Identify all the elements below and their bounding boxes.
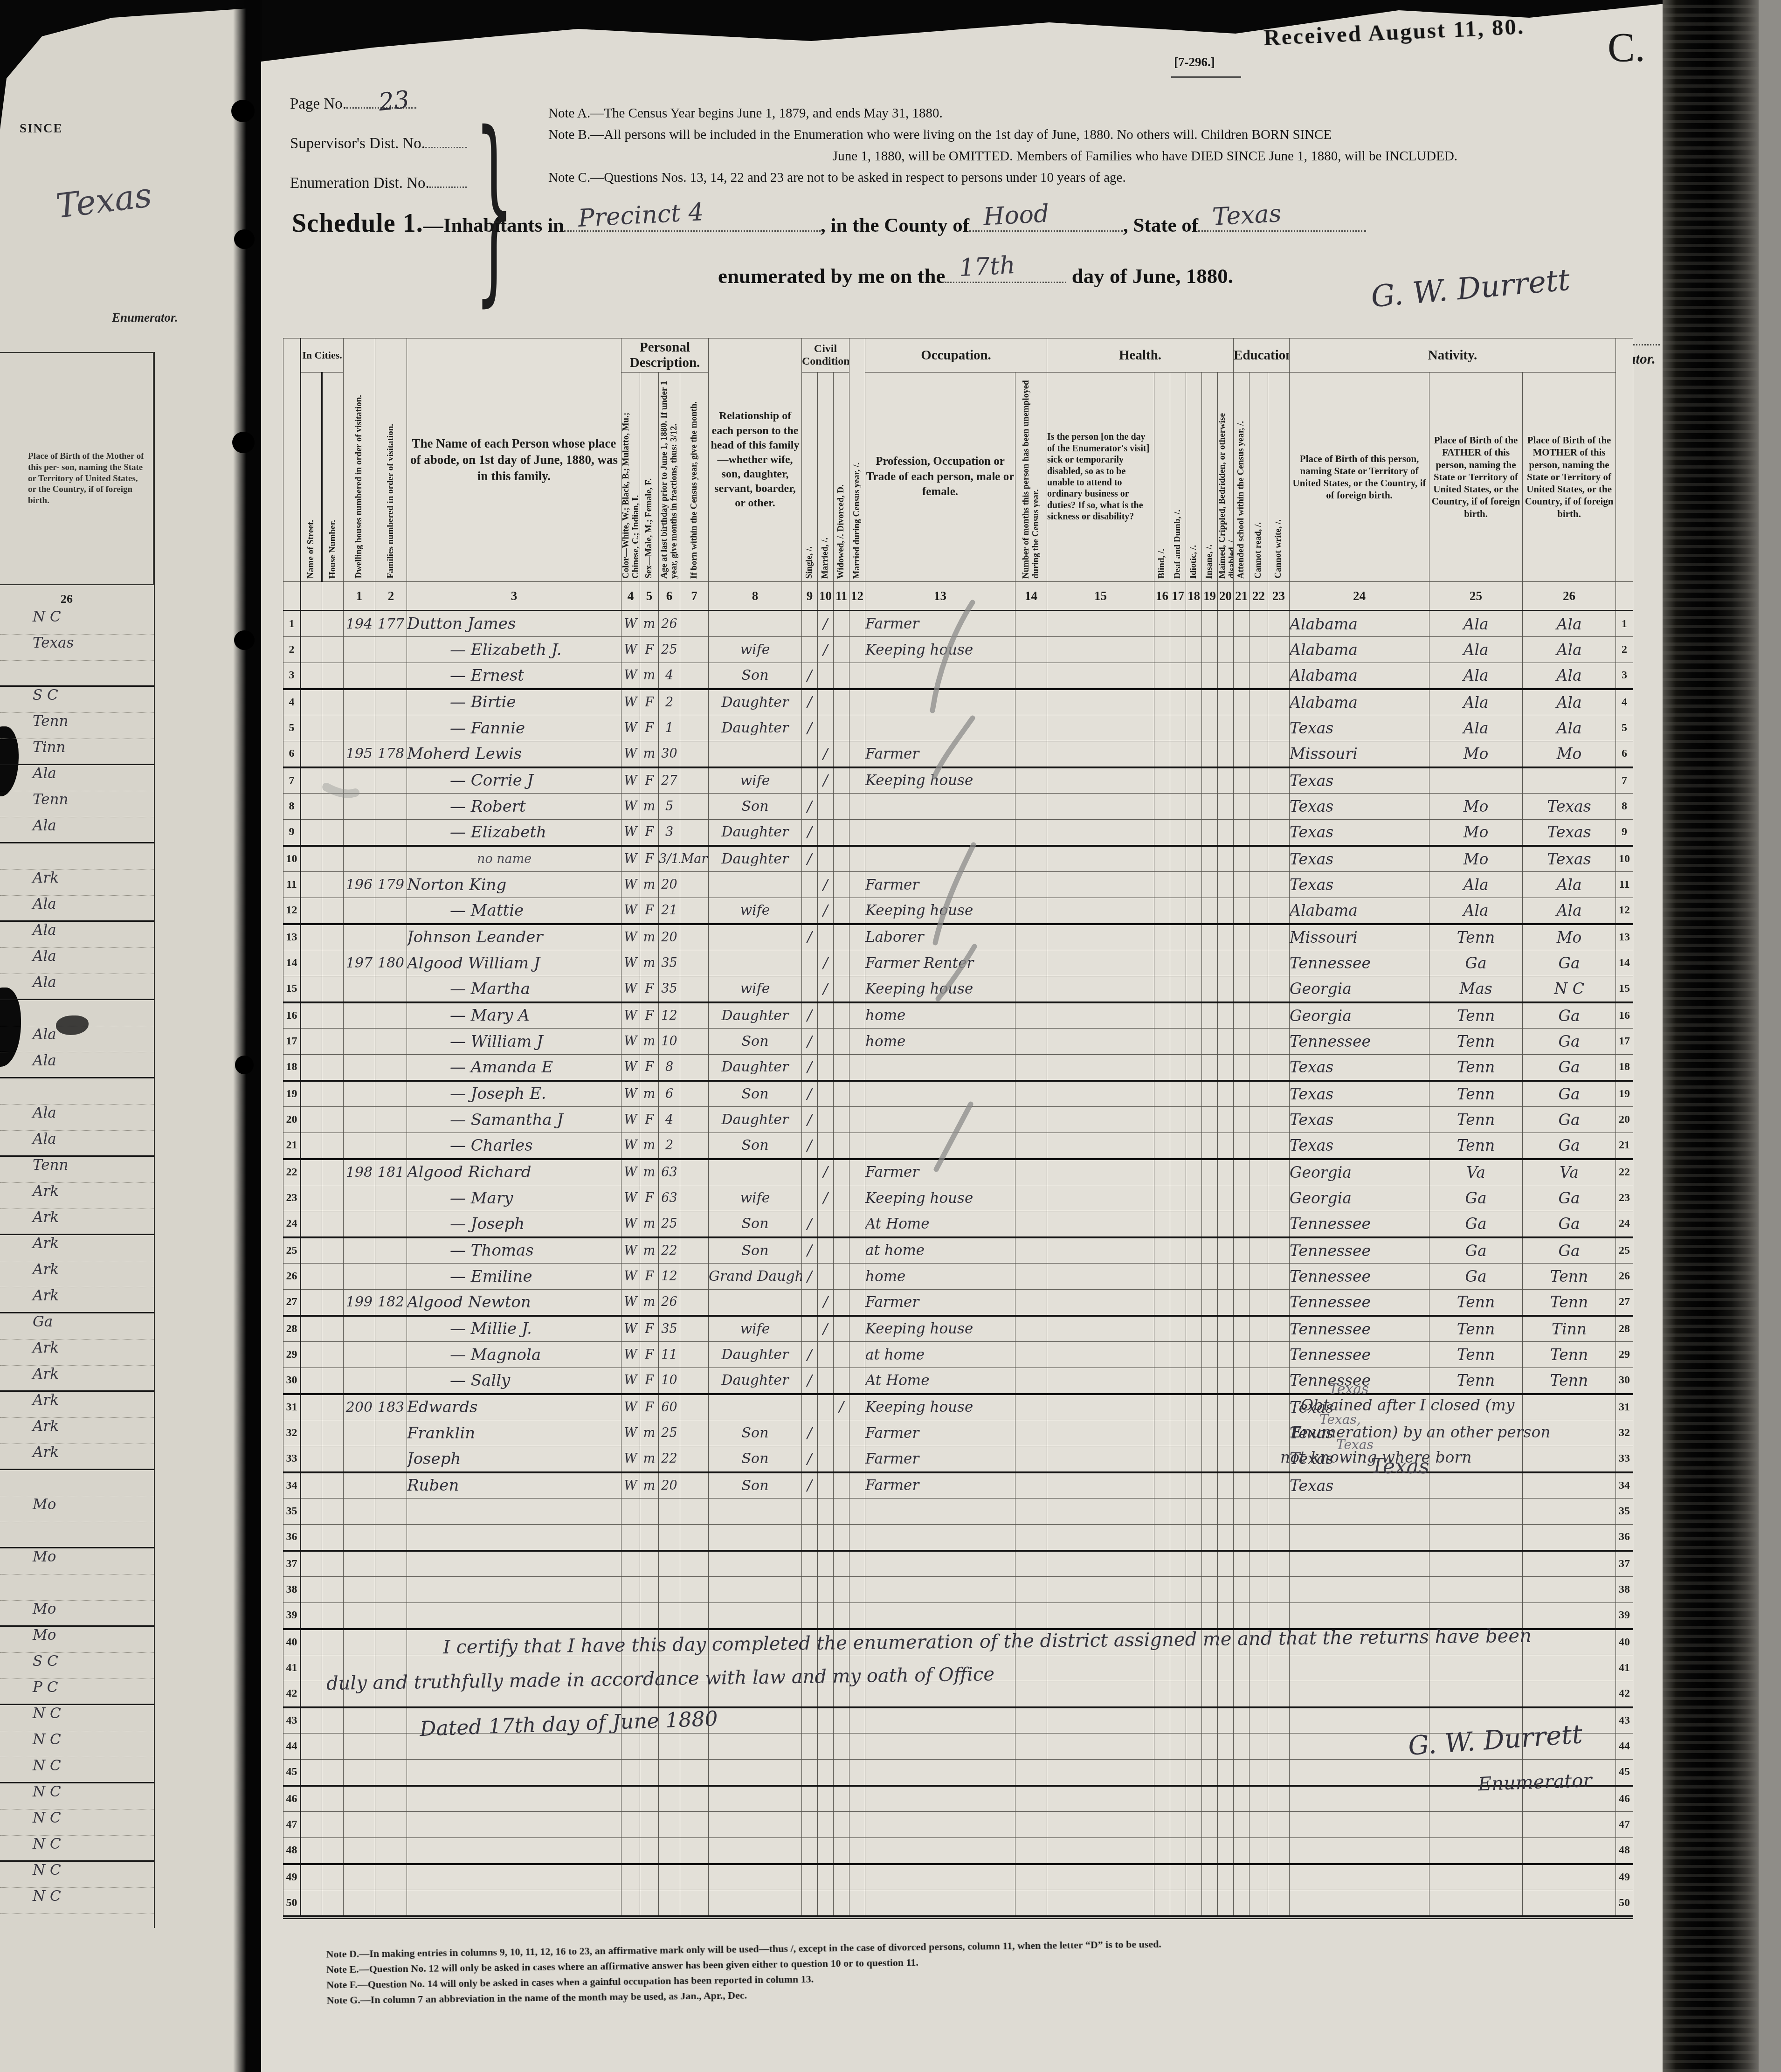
cell bbox=[865, 1055, 1015, 1081]
cell bbox=[818, 1577, 834, 1603]
cell bbox=[1047, 1603, 1154, 1629]
cell bbox=[802, 767, 818, 794]
group-civil-condition: Civil Condition. bbox=[802, 338, 849, 373]
cell bbox=[1186, 950, 1202, 976]
row-number: 5 bbox=[283, 715, 301, 741]
cell bbox=[1249, 1577, 1268, 1603]
cell bbox=[301, 1681, 322, 1707]
cell bbox=[1154, 1499, 1170, 1525]
cell bbox=[1202, 1446, 1218, 1472]
census-scan: SINCE Texas Enumerator. Place of Birth o… bbox=[0, 0, 1781, 2072]
cell bbox=[1047, 1237, 1154, 1264]
cell bbox=[659, 1551, 680, 1577]
cell bbox=[802, 898, 818, 924]
row-number: 37 bbox=[1616, 1551, 1633, 1577]
cell bbox=[621, 1786, 640, 1812]
row-number-header-right bbox=[1616, 338, 1633, 582]
col5-header: Sex—Male, M.; Female, F. bbox=[640, 373, 659, 582]
cell bbox=[375, 1002, 407, 1029]
cell: Mo bbox=[1429, 846, 1523, 872]
cell bbox=[1047, 1760, 1154, 1786]
cell bbox=[1154, 637, 1170, 663]
row-number: 29 bbox=[283, 1342, 301, 1368]
cell: Algood William J bbox=[407, 950, 621, 976]
cell: 8 bbox=[659, 1055, 680, 1081]
cell bbox=[1268, 767, 1290, 794]
cell bbox=[1170, 898, 1186, 924]
cell bbox=[709, 1525, 802, 1551]
cell bbox=[1047, 1264, 1154, 1290]
table-row: 25— ThomasWm22Son/at homeTennesseeGaGa25 bbox=[283, 1237, 1633, 1264]
county-label: , in the County of bbox=[821, 214, 969, 236]
cell bbox=[344, 1577, 375, 1603]
cell: Tenn bbox=[1429, 1316, 1523, 1342]
prev-page-value: S C bbox=[0, 687, 154, 713]
cell: / bbox=[802, 1472, 818, 1499]
cell bbox=[1523, 1655, 1616, 1681]
cell bbox=[1202, 1394, 1218, 1420]
cell bbox=[849, 1838, 865, 1864]
cell bbox=[680, 637, 709, 663]
cell: Alabama bbox=[1290, 663, 1429, 689]
cell bbox=[344, 1551, 375, 1577]
cell bbox=[849, 846, 865, 872]
cell bbox=[1202, 846, 1218, 872]
prev-page-value: N C bbox=[0, 1810, 154, 1836]
cell bbox=[834, 1472, 849, 1499]
column-number: 4 bbox=[621, 582, 640, 611]
cell: Texas bbox=[1290, 1055, 1429, 1081]
col6-header: Age at last birthday prior to June 1, 18… bbox=[659, 373, 680, 582]
cell bbox=[1290, 1525, 1429, 1551]
cell bbox=[802, 1864, 818, 1890]
cell bbox=[849, 1290, 865, 1316]
cell bbox=[344, 1264, 375, 1290]
cell bbox=[621, 1551, 640, 1577]
page-no-label: Page No. bbox=[290, 96, 346, 112]
cell bbox=[1047, 767, 1154, 794]
cell bbox=[1170, 1211, 1186, 1237]
cell: Tennessee bbox=[1290, 1211, 1429, 1237]
cell bbox=[1249, 898, 1268, 924]
cell: wife bbox=[709, 767, 802, 794]
cell: / bbox=[818, 1290, 834, 1316]
cell bbox=[375, 1577, 407, 1603]
cell: Texas bbox=[1290, 1107, 1429, 1133]
cell bbox=[1249, 1499, 1268, 1525]
cell bbox=[1429, 1838, 1523, 1864]
row-number: 18 bbox=[283, 1055, 301, 1081]
cell bbox=[1202, 1055, 1218, 1081]
cell bbox=[849, 976, 865, 1002]
cell bbox=[1202, 1107, 1218, 1133]
cell bbox=[1202, 1707, 1218, 1734]
cell bbox=[849, 1707, 865, 1734]
cell bbox=[640, 1812, 659, 1838]
cell bbox=[344, 1629, 375, 1655]
cell bbox=[709, 950, 802, 976]
cell bbox=[375, 1342, 407, 1368]
cell bbox=[1234, 1760, 1249, 1786]
cell bbox=[1234, 924, 1249, 950]
col7-header: If born within the Census year, give the… bbox=[680, 373, 709, 582]
cell: wife bbox=[709, 976, 802, 1002]
prev-page-value: Ark bbox=[0, 1287, 154, 1313]
cell: at home bbox=[865, 1342, 1015, 1368]
col3-header: The Name of each Person whose place of a… bbox=[407, 338, 621, 582]
form-number: [7-296.] bbox=[1174, 55, 1215, 69]
cell bbox=[322, 767, 344, 794]
cell bbox=[1268, 1812, 1290, 1838]
cell bbox=[1202, 1655, 1218, 1681]
cell bbox=[834, 1890, 849, 1916]
table-row: 34RubenWm20Son/FarmerTexas34 bbox=[283, 1472, 1633, 1499]
cell bbox=[1202, 1237, 1218, 1264]
cell bbox=[344, 1603, 375, 1629]
cell bbox=[849, 950, 865, 976]
cell bbox=[1015, 689, 1047, 715]
column-number: 9 bbox=[802, 582, 818, 611]
cell: Georgia bbox=[1290, 1185, 1429, 1211]
cell bbox=[818, 1107, 834, 1133]
cell: 11 bbox=[659, 1342, 680, 1368]
cell: / bbox=[818, 898, 834, 924]
cell bbox=[680, 611, 709, 637]
cell: W bbox=[621, 1368, 640, 1394]
cell: F bbox=[640, 976, 659, 1002]
cell: m bbox=[640, 1420, 659, 1446]
cell bbox=[680, 1499, 709, 1525]
cell bbox=[1015, 1159, 1047, 1185]
cell bbox=[849, 924, 865, 950]
cell: 2 bbox=[659, 689, 680, 715]
table-row: 14197180Algood William JWm35/Farmer Rent… bbox=[283, 950, 1633, 976]
cell bbox=[709, 872, 802, 898]
cell bbox=[1268, 1420, 1290, 1446]
cell bbox=[1186, 1237, 1202, 1264]
cell bbox=[834, 637, 849, 663]
cell bbox=[1234, 1707, 1249, 1734]
cell bbox=[709, 1812, 802, 1838]
cell bbox=[834, 1812, 849, 1838]
cell: Farmer bbox=[865, 1472, 1015, 1499]
column-number: 1 bbox=[344, 582, 375, 611]
cell bbox=[659, 1525, 680, 1551]
cell bbox=[1186, 1081, 1202, 1107]
cell bbox=[1234, 794, 1249, 820]
cell: — Martha bbox=[407, 976, 621, 1002]
cell bbox=[1268, 1264, 1290, 1290]
col13-header: Profession, Occupation or Trade of each … bbox=[865, 373, 1015, 582]
cell: / bbox=[802, 846, 818, 872]
cell bbox=[1202, 898, 1218, 924]
cell bbox=[1202, 794, 1218, 820]
cell bbox=[865, 1551, 1015, 1577]
cell: m bbox=[640, 1211, 659, 1237]
cell bbox=[1218, 1446, 1234, 1472]
cell: 12 bbox=[659, 1264, 680, 1290]
cell bbox=[849, 741, 865, 767]
cell bbox=[375, 898, 407, 924]
cell bbox=[1202, 767, 1218, 794]
col19-header: Insane, /. bbox=[1202, 373, 1218, 582]
cell: Tenn bbox=[1523, 1342, 1616, 1368]
cell bbox=[375, 1786, 407, 1812]
cell bbox=[709, 924, 802, 950]
cell bbox=[1154, 1525, 1170, 1551]
cell bbox=[802, 611, 818, 637]
cell bbox=[301, 1081, 322, 1107]
col8-header: Relationship of each person to the head … bbox=[709, 338, 802, 582]
cell: home bbox=[865, 1002, 1015, 1029]
cell bbox=[301, 1394, 322, 1420]
cell bbox=[1154, 1316, 1170, 1342]
prev-page-value: Ala bbox=[0, 1131, 154, 1157]
cell bbox=[322, 689, 344, 715]
cell bbox=[640, 1786, 659, 1812]
cell bbox=[1047, 1029, 1154, 1055]
cell bbox=[1268, 1133, 1290, 1159]
cell: Tenn bbox=[1429, 1368, 1523, 1394]
cell bbox=[1186, 1838, 1202, 1864]
cell: F bbox=[640, 767, 659, 794]
cell bbox=[1234, 1864, 1249, 1890]
cell bbox=[1015, 1420, 1047, 1446]
cell bbox=[1249, 1029, 1268, 1055]
district-block: Page No. 23 } Supervisor's Dist. No. Enu… bbox=[290, 96, 490, 214]
row-number: 18 bbox=[1616, 1055, 1633, 1081]
cell bbox=[322, 1890, 344, 1916]
cell bbox=[1218, 1420, 1234, 1446]
cell bbox=[1249, 1290, 1268, 1316]
row-number: 27 bbox=[283, 1290, 301, 1316]
cell bbox=[1015, 1290, 1047, 1316]
cell bbox=[709, 1890, 802, 1916]
cell bbox=[1234, 1055, 1249, 1081]
cell bbox=[1249, 1159, 1268, 1185]
cell bbox=[375, 1316, 407, 1342]
cell bbox=[301, 637, 322, 663]
cell bbox=[818, 663, 834, 689]
cell bbox=[680, 1342, 709, 1368]
cell: Texas bbox=[1290, 872, 1429, 898]
cell bbox=[680, 1890, 709, 1916]
dotted-line bbox=[425, 147, 467, 148]
cell bbox=[1015, 637, 1047, 663]
table-header: In Cities. Dwelling houses numbered in o… bbox=[283, 338, 1633, 611]
cell bbox=[1429, 1525, 1523, 1551]
prev-page-value: N C bbox=[0, 608, 154, 635]
cell bbox=[301, 1446, 322, 1472]
row-number: 17 bbox=[1616, 1029, 1633, 1055]
table-row: 1194177Dutton JamesWm26/FarmerAlabamaAla… bbox=[283, 611, 1633, 637]
cell: Dutton James bbox=[407, 611, 621, 637]
cell: W bbox=[621, 663, 640, 689]
cell: Ala bbox=[1429, 637, 1523, 663]
row-number: 50 bbox=[283, 1890, 301, 1916]
cell bbox=[1170, 663, 1186, 689]
cell bbox=[301, 1029, 322, 1055]
cell bbox=[301, 689, 322, 715]
cell bbox=[680, 1237, 709, 1264]
prev-page-value: Ala bbox=[0, 974, 154, 1000]
prev-page-value: Ark bbox=[0, 1392, 154, 1418]
cell bbox=[1186, 1290, 1202, 1316]
cell bbox=[680, 1133, 709, 1159]
row-number: 46 bbox=[1616, 1786, 1633, 1812]
cell bbox=[1429, 1603, 1523, 1629]
cell bbox=[1154, 1551, 1170, 1577]
row-number: 14 bbox=[1616, 950, 1633, 976]
prev-page-text-fragment: SINCE bbox=[20, 121, 63, 136]
row-number: 15 bbox=[1616, 976, 1633, 1002]
cell: Tinn bbox=[1523, 1316, 1616, 1342]
cell: Ga bbox=[1429, 1211, 1523, 1237]
cell bbox=[1523, 1838, 1616, 1864]
cell bbox=[322, 1081, 344, 1107]
cell: W bbox=[621, 898, 640, 924]
cell bbox=[1218, 1159, 1234, 1185]
cell bbox=[375, 1525, 407, 1551]
cell bbox=[1249, 872, 1268, 898]
cell bbox=[709, 1734, 802, 1760]
prev-page-value: Texas bbox=[0, 635, 154, 661]
row-number: 38 bbox=[283, 1577, 301, 1603]
cell bbox=[818, 1237, 834, 1264]
cell bbox=[1268, 1316, 1290, 1342]
cell: 26 bbox=[659, 1290, 680, 1316]
cell bbox=[301, 767, 322, 794]
cell bbox=[1290, 1603, 1429, 1629]
prev-page-value: Mo bbox=[0, 1548, 154, 1575]
cell bbox=[680, 950, 709, 976]
state-value: Texas bbox=[1212, 200, 1282, 231]
cell bbox=[1154, 1603, 1170, 1629]
date-label: day of June, 1880. bbox=[1072, 264, 1233, 288]
cell: Keeping house bbox=[865, 898, 1015, 924]
cell bbox=[1218, 741, 1234, 767]
cell bbox=[1218, 820, 1234, 846]
cell bbox=[1290, 1707, 1429, 1734]
row-number: 16 bbox=[283, 1002, 301, 1029]
table-bottom-rule bbox=[283, 1915, 1633, 1919]
cell: 20 bbox=[659, 1472, 680, 1499]
house-header: House Number. bbox=[322, 373, 344, 582]
cell bbox=[680, 1446, 709, 1472]
row-number: 1 bbox=[283, 611, 301, 637]
cell bbox=[1268, 1864, 1290, 1890]
cell bbox=[1047, 872, 1154, 898]
row-number: 39 bbox=[1616, 1603, 1633, 1629]
cell: m bbox=[640, 950, 659, 976]
cell bbox=[818, 1446, 834, 1472]
cell bbox=[1170, 794, 1186, 820]
cell bbox=[1154, 1185, 1170, 1211]
prev-page-value: Ala bbox=[0, 922, 154, 948]
row-number-header-left bbox=[283, 338, 301, 582]
cell bbox=[301, 1159, 322, 1185]
cell: / bbox=[802, 1029, 818, 1055]
cell bbox=[640, 1760, 659, 1786]
cell bbox=[1202, 1499, 1218, 1525]
cell bbox=[1268, 846, 1290, 872]
cell bbox=[1170, 689, 1186, 715]
cell bbox=[301, 1368, 322, 1394]
cell: Tennessee bbox=[1290, 1342, 1429, 1368]
cell bbox=[322, 1185, 344, 1211]
cell bbox=[1290, 1577, 1429, 1603]
cell bbox=[680, 1734, 709, 1760]
cell bbox=[322, 1002, 344, 1029]
cell bbox=[1218, 715, 1234, 741]
cell bbox=[849, 1211, 865, 1237]
cell: Ga bbox=[1429, 1237, 1523, 1264]
cell bbox=[375, 1185, 407, 1211]
punch-hole bbox=[231, 100, 255, 122]
cell bbox=[1218, 1342, 1234, 1368]
cell: Keeping house bbox=[865, 767, 1015, 794]
cell bbox=[1015, 1734, 1047, 1760]
cell bbox=[834, 767, 849, 794]
cell bbox=[1268, 872, 1290, 898]
cell bbox=[1186, 1002, 1202, 1029]
cell bbox=[1268, 689, 1290, 715]
cell bbox=[818, 794, 834, 820]
cell bbox=[818, 1890, 834, 1916]
cell: 195 bbox=[344, 741, 375, 767]
cell bbox=[1249, 1002, 1268, 1029]
cell bbox=[709, 1786, 802, 1812]
cell bbox=[849, 1133, 865, 1159]
cell bbox=[1202, 1577, 1218, 1603]
cell bbox=[344, 1786, 375, 1812]
cell bbox=[375, 1603, 407, 1629]
cell bbox=[344, 1734, 375, 1760]
cell bbox=[680, 1211, 709, 1237]
cell bbox=[344, 1525, 375, 1551]
cell bbox=[680, 1812, 709, 1838]
cell bbox=[1268, 1734, 1290, 1760]
row-number: 3 bbox=[1616, 663, 1633, 689]
cell: 5 bbox=[659, 794, 680, 820]
cell bbox=[322, 950, 344, 976]
cell bbox=[849, 1472, 865, 1499]
cell bbox=[865, 1107, 1015, 1133]
cell bbox=[1154, 1342, 1170, 1368]
cell bbox=[849, 1368, 865, 1394]
cell bbox=[1047, 663, 1154, 689]
cell bbox=[344, 1029, 375, 1055]
cell bbox=[1249, 1864, 1268, 1890]
table-row: 4— BirtieWF2Daughter/AlabamaAlaAla4 bbox=[283, 689, 1633, 715]
cell bbox=[1218, 1029, 1234, 1055]
cell bbox=[1015, 924, 1047, 950]
cell bbox=[680, 663, 709, 689]
cell bbox=[301, 924, 322, 950]
prev-page-value: Ark bbox=[0, 1418, 154, 1444]
cell bbox=[1249, 1081, 1268, 1107]
cell bbox=[1268, 1055, 1290, 1081]
cell bbox=[1218, 1107, 1234, 1133]
state-blank: Texas bbox=[1198, 204, 1366, 232]
cell: Daughter bbox=[709, 846, 802, 872]
prev-page-value: N C bbox=[0, 1757, 154, 1783]
cell bbox=[1523, 1394, 1616, 1420]
cell bbox=[709, 1603, 802, 1629]
cell: W bbox=[621, 1472, 640, 1499]
cell bbox=[322, 715, 344, 741]
cell bbox=[680, 1368, 709, 1394]
